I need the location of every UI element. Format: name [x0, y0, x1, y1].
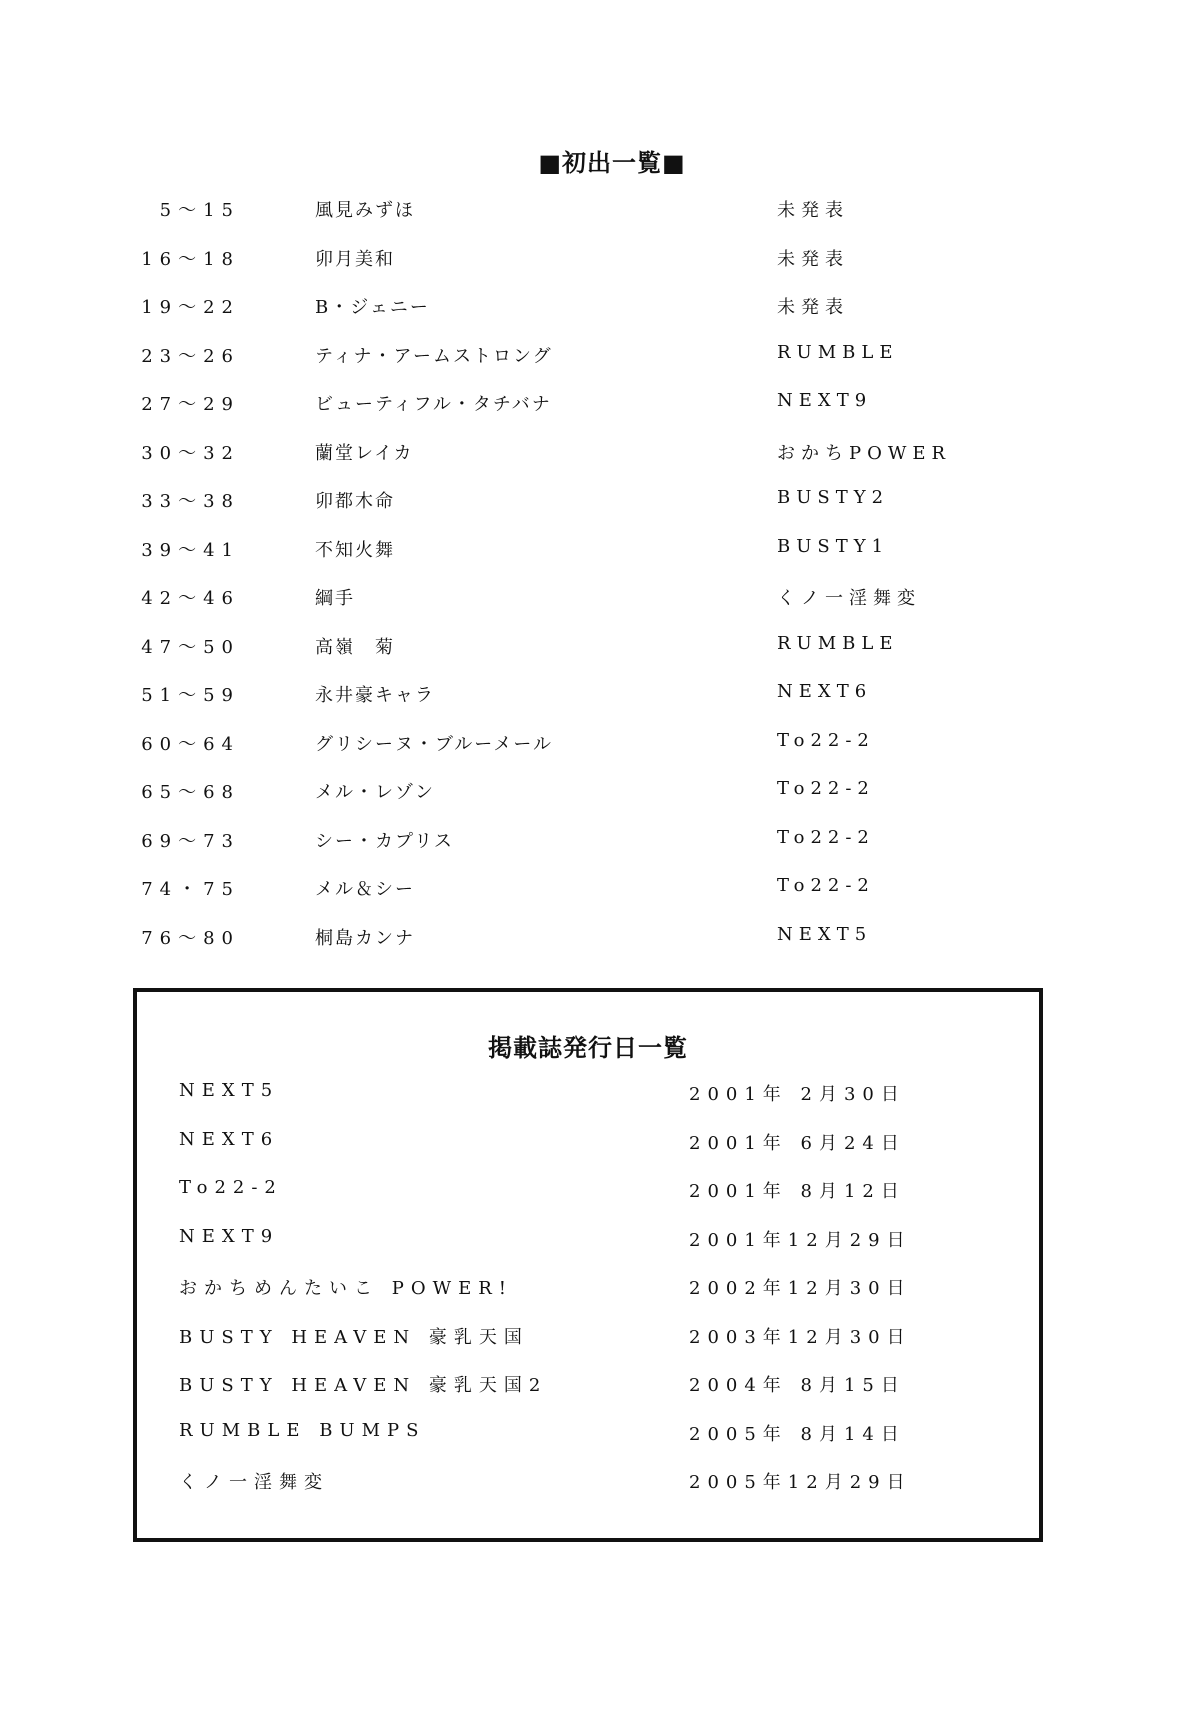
publication-date: 2001年 6月24日 [689, 1129, 906, 1155]
page-range: 65～68 [141, 778, 240, 804]
publication-dates-title: 掲載誌発行日一覧 [137, 1028, 1039, 1063]
magazine-name: おかちめんたいこ POWER! [179, 1274, 513, 1300]
character-name: メル・レゾン [315, 778, 435, 804]
magazine-name: NEXT6 [179, 1129, 279, 1150]
character-name: ビューティフル・タチバナ [315, 390, 552, 416]
publication-dates-box: 掲載誌発行日一覧 NEXT5 2001年 2月30日 NEXT6 2001年 6… [133, 988, 1043, 1542]
character-name: ティナ・アームストロング [315, 342, 553, 368]
page-range: 69～73 [141, 827, 240, 853]
character-name: グリシーヌ・ブルーメール [315, 730, 553, 756]
list-item: 30～32 蘭堂レイカ おかちPOWER [0, 439, 1200, 488]
page-range: 47～50 [141, 633, 240, 659]
page-range: 39～41 [141, 536, 240, 562]
list-item: To22-2 2001年 8月12日 [137, 1177, 1039, 1226]
list-item: 16～18 卯月美和 未発表 [0, 245, 1200, 294]
page-range: 27～29 [141, 390, 240, 416]
source-publication: おかちPOWER [777, 439, 951, 465]
list-item: 39～41 不知火舞 BUSTY1 [0, 536, 1200, 585]
list-item: 42～46 綱手 くノ一淫舞変 [0, 584, 1200, 633]
source-publication: 未発表 [777, 196, 849, 222]
magazine-name: BUSTY HEAVEN 豪乳天国2 [179, 1371, 547, 1397]
magazine-name: くノ一淫舞変 [179, 1468, 329, 1494]
source-publication: NEXT9 [777, 390, 872, 411]
magazine-name: BUSTY HEAVEN 豪乳天国 [179, 1323, 529, 1349]
page-range: 23～26 [141, 342, 240, 368]
source-publication: 未発表 [777, 245, 849, 271]
list-item: 5～15 風見みずほ 未発表 [0, 196, 1200, 245]
character-name: 風見みずほ [315, 196, 415, 222]
page-range: 5～15 [160, 196, 240, 222]
list-item: NEXT6 2001年 6月24日 [137, 1129, 1039, 1178]
publication-date: 2001年 8月12日 [689, 1177, 906, 1203]
source-publication: 未発表 [777, 293, 849, 319]
page-range: 30～32 [141, 439, 240, 465]
character-name: B・ジェニー [315, 293, 430, 319]
character-name: 蘭堂レイカ [315, 439, 414, 465]
magazine-name: NEXT9 [179, 1226, 279, 1247]
source-publication: To22-2 [777, 778, 875, 799]
page-range: 33～38 [141, 487, 240, 513]
character-name: 綱手 [315, 584, 355, 610]
page-range: 76～80 [141, 924, 240, 950]
magazine-name: To22-2 [179, 1177, 283, 1198]
publication-dates-list: NEXT5 2001年 2月30日 NEXT6 2001年 6月24日 To22… [137, 1080, 1039, 1517]
list-item: 60～64 グリシーヌ・ブルーメール To22-2 [0, 730, 1200, 779]
list-item: 27～29 ビューティフル・タチバナ NEXT9 [0, 390, 1200, 439]
list-item: NEXT9 2001年12月29日 [137, 1226, 1039, 1275]
list-item: 23～26 ティナ・アームストロング RUMBLE [0, 342, 1200, 391]
publication-date: 2005年12月29日 [689, 1468, 912, 1494]
first-appearance-list: 5～15 風見みずほ 未発表 16～18 卯月美和 未発表 19～22 B・ジェ… [0, 196, 1200, 972]
publication-date: 2001年 2月30日 [689, 1080, 906, 1106]
list-item: BUSTY HEAVEN 豪乳天国2 2004年 8月15日 [137, 1371, 1039, 1420]
source-publication: くノ一淫舞変 [777, 584, 921, 610]
page-range: 74・75 [141, 875, 240, 901]
character-name: 高嶺 菊 [315, 633, 395, 659]
page-range: 19～22 [141, 293, 240, 319]
source-publication: RUMBLE [777, 633, 898, 654]
publication-date: 2005年 8月14日 [689, 1420, 906, 1446]
page-range: 51～59 [141, 681, 240, 707]
list-item: 69～73 シー・カプリス To22-2 [0, 827, 1200, 876]
source-publication: NEXT5 [777, 924, 872, 945]
list-item: 47～50 高嶺 菊 RUMBLE [0, 633, 1200, 682]
list-item: おかちめんたいこ POWER! 2002年12月30日 [137, 1274, 1039, 1323]
source-publication: RUMBLE [777, 342, 898, 363]
character-name: シー・カプリス [315, 827, 454, 853]
list-item: NEXT5 2001年 2月30日 [137, 1080, 1039, 1129]
character-name: 卯都木命 [315, 487, 395, 513]
list-item: 76～80 桐島カンナ NEXT5 [0, 924, 1200, 973]
publication-date: 2003年12月30日 [689, 1323, 912, 1349]
source-publication: NEXT6 [777, 681, 872, 702]
list-item: 19～22 B・ジェニー 未発表 [0, 293, 1200, 342]
page-range: 16～18 [141, 245, 240, 271]
source-publication: To22-2 [777, 730, 875, 751]
magazine-name: RUMBLE BUMPS [179, 1420, 425, 1441]
character-name: 桐島カンナ [315, 924, 415, 950]
list-item: くノ一淫舞変 2005年12月29日 [137, 1468, 1039, 1517]
magazine-name: NEXT5 [179, 1080, 279, 1101]
list-item: 74・75 メル＆シー To22-2 [0, 875, 1200, 924]
list-item: RUMBLE BUMPS 2005年 8月14日 [137, 1420, 1039, 1469]
list-item: 51～59 永井豪キャラ NEXT6 [0, 681, 1200, 730]
source-publication: BUSTY1 [777, 536, 889, 557]
page-range: 60～64 [141, 730, 240, 756]
list-item: BUSTY HEAVEN 豪乳天国 2003年12月30日 [137, 1323, 1039, 1372]
source-publication: BUSTY2 [777, 487, 889, 508]
publication-date: 2004年 8月15日 [689, 1371, 906, 1397]
list-item: 33～38 卯都木命 BUSTY2 [0, 487, 1200, 536]
page-range: 42～46 [141, 584, 240, 610]
publication-date: 2002年12月30日 [689, 1274, 912, 1300]
first-appearance-title: ■初出一覧■ [0, 143, 1200, 178]
source-publication: To22-2 [777, 827, 875, 848]
publication-date: 2001年12月29日 [689, 1226, 912, 1252]
character-name: 永井豪キャラ [315, 681, 435, 707]
list-item: 65～68 メル・レゾン To22-2 [0, 778, 1200, 827]
character-name: 卯月美和 [315, 245, 395, 271]
character-name: 不知火舞 [315, 536, 395, 562]
source-publication: To22-2 [777, 875, 875, 896]
character-name: メル＆シー [315, 875, 415, 901]
